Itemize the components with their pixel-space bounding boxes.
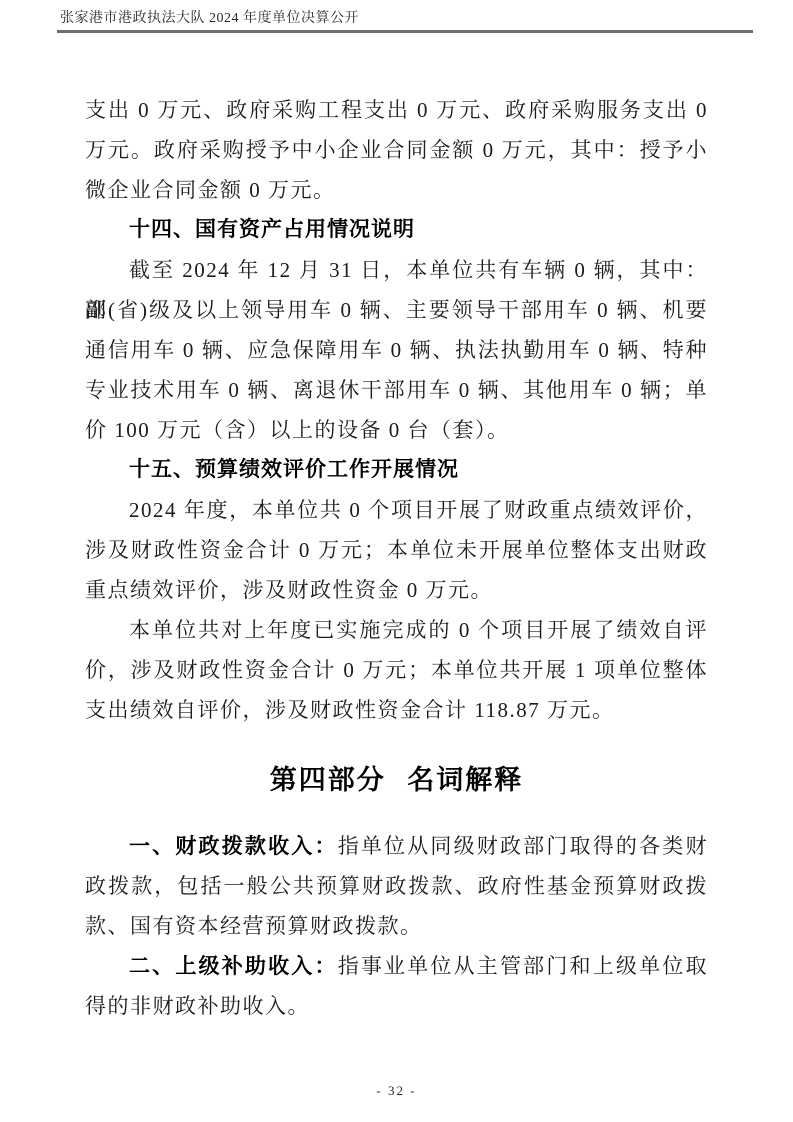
section-15-heading: 十五、预算绩效评价工作开展情况 <box>85 450 708 490</box>
body-line: 专业技术用车 0 辆、离退休干部用车 0 辆、其他用车 0 辆；单 <box>85 370 708 410</box>
body-line: 价 100 万元（含）以上的设备 0 台（套）。 <box>85 410 708 450</box>
document-page: 张家港市港政执法大队 2024 年度单位决算公开 支出 0 万元、政府采购工程支… <box>0 0 793 1122</box>
page-header: 张家港市港政执法大队 2024 年度单位决算公开 <box>57 11 753 33</box>
document-body: 支出 0 万元、政府采购工程支出 0 万元、政府采购服务支出 0 万元。政府采购… <box>85 90 708 1026</box>
body-line: 本单位共对上年度已实施完成的 0 个项目开展了绩效自评 <box>85 610 708 650</box>
body-line: 万元。政府采购授予中小企业合同金额 0 万元，其中：授予小 <box>85 130 708 170</box>
body-line: 部(省)级及以上领导用车 0 辆、主要领导干部用车 0 辆、机要 <box>85 290 708 330</box>
body-line: 涉及财政性资金合计 0 万元；本单位未开展单位整体支出财政 <box>85 530 708 570</box>
definition-term: 二、上级补助收入： <box>129 955 338 978</box>
page-number: - 32 - <box>376 1083 416 1098</box>
definition-text: 指事业单位从主管部门和上级单位取 <box>338 954 708 978</box>
definition-text: 指单位从同级财政部门取得的各类财 <box>338 834 708 858</box>
part-4-title: 第四部分 名词解释 <box>85 756 708 804</box>
body-line: 支出 0 万元、政府采购工程支出 0 万元、政府采购服务支出 0 <box>85 90 708 130</box>
definition-term: 一、财政拨款收入： <box>129 835 338 858</box>
definition-line: 得的非财政补助收入。 <box>85 986 708 1026</box>
definition-line: 款、国有资本经营预算财政拨款。 <box>85 906 708 946</box>
body-line: 支出绩效自评价，涉及财政性资金合计 118.87 万元。 <box>85 690 708 730</box>
definition-line: 政拨款，包括一般公共预算财政拨款、政府性基金预算财政拨 <box>85 866 708 906</box>
body-line: 重点绩效评价，涉及财政性资金 0 万元。 <box>85 570 708 610</box>
page-footer: - 32 - <box>0 1082 793 1100</box>
body-line: 价，涉及财政性资金合计 0 万元；本单位共开展 1 项单位整体 <box>85 650 708 690</box>
body-line: 截至 2024 年 12 月 31 日，本单位共有车辆 0 辆，其中：副 <box>85 250 708 290</box>
section-14-heading: 十四、国有资产占用情况说明 <box>85 210 708 250</box>
body-line: 2024 年度，本单位共 0 个项目开展了财政重点绩效评价， <box>85 490 708 530</box>
definition-line: 二、上级补助收入：指事业单位从主管部门和上级单位取 <box>85 946 708 986</box>
body-line: 通信用车 0 辆、应急保障用车 0 辆、执法执勤用车 0 辆、特种 <box>85 330 708 370</box>
definition-line: 一、财政拨款收入：指单位从同级财政部门取得的各类财 <box>85 826 708 866</box>
body-line: 微企业合同金额 0 万元。 <box>85 170 708 210</box>
header-title: 张家港市港政执法大队 2024 年度单位决算公开 <box>57 11 753 27</box>
